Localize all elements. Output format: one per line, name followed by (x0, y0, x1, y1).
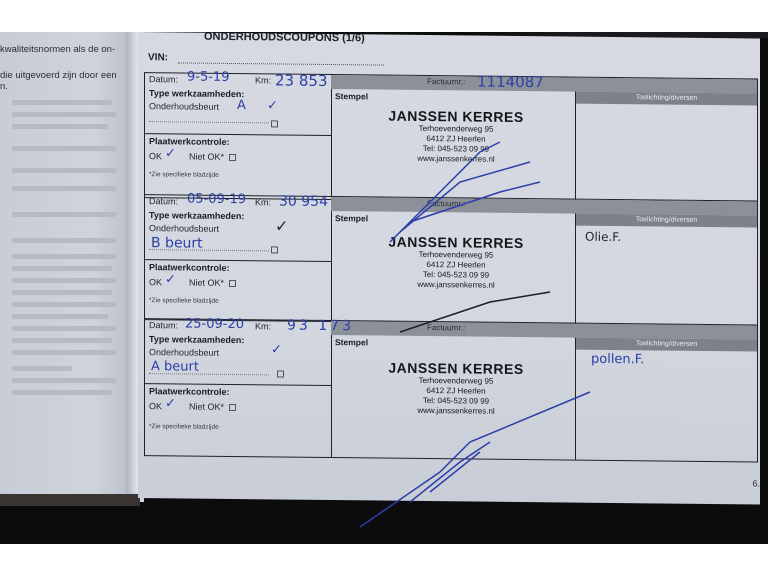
stempel-label: Stempel (335, 213, 368, 223)
faded-text (12, 278, 116, 283)
datum-value: 9-5-19 (187, 70, 229, 85)
plaatwerkcontrole-label: Plaatwerkcontrole: (149, 262, 230, 273)
check-icon: ✓ (165, 146, 176, 161)
checkbox-icon[interactable] (229, 280, 236, 287)
datum-label: Datum: (149, 74, 178, 84)
faded-text (12, 314, 108, 319)
ok-label: OK (149, 151, 162, 161)
faded-text (12, 290, 112, 295)
vin-label: VIN: (148, 52, 168, 63)
dealer-stamp: JANSSEN KERRES Terhoevenderweg 95 6412 Z… (371, 359, 541, 417)
km-value: 30 954 (279, 193, 328, 210)
niet-ok-label: Niet OK* (189, 152, 224, 162)
extra-line (149, 121, 269, 123)
faded-text (12, 124, 108, 129)
stamp-web: www.janssenkerres.nl (371, 279, 541, 291)
vin-field (178, 62, 384, 65)
toelichting-field (575, 104, 757, 204)
check-icon: ✓ (165, 396, 176, 411)
check-icon: ✓ (271, 342, 282, 357)
stamp-web: www.janssenkerres.nl (371, 405, 541, 417)
km-label: Km: (255, 197, 271, 207)
stamp-brand: JANSSEN KERRES (371, 107, 541, 125)
left-page-line: kwaliteitsnormen als de on- (0, 44, 115, 55)
stamp-web: www.janssenkerres.nl (371, 153, 541, 165)
checkbox-icon[interactable] (271, 120, 278, 127)
faded-text (12, 100, 112, 105)
ok-label: OK (149, 401, 162, 411)
service-coupon-3: Datum: 25-09-20 Km: 93 173 Factuurnr.: T… (144, 318, 758, 462)
stempel-label: Stempel (335, 337, 368, 347)
left-page-line: n. (0, 81, 8, 92)
service-coupon-1: Datum: 9-5-19 Km: 23 853 Factuurnr.: 111… (144, 72, 758, 204)
faded-text (12, 350, 116, 355)
faded-text (12, 168, 116, 173)
coupon-page: ONDERHOUDSCOUPONS (1/6) VIN: Datum: 9-5-… (138, 32, 760, 505)
plaatwerkcontrole-label: Plaatwerkcontrole: (149, 136, 230, 147)
toelichting-field: pollen.F. (575, 350, 757, 462)
stamp-brand: JANSSEN KERRES (371, 359, 541, 377)
checkbox-icon[interactable] (229, 404, 236, 411)
faded-text (12, 326, 116, 331)
factuurnr-value: 1114087 (477, 73, 544, 92)
datum-label: Datum: (149, 320, 178, 330)
booklet-photo: kwaliteitsnormen als de on- die uitgevoe… (0, 32, 768, 544)
onderhoudsbeurt-label: Onderhoudsbeurt (149, 101, 219, 112)
niet-ok-label: Niet OK* (189, 278, 224, 288)
check-icon: ✓ (165, 272, 176, 287)
dealer-stamp: JANSSEN KERRES Terhoevenderweg 95 6412 Z… (371, 107, 541, 165)
km-label: Km: (255, 75, 271, 85)
checkbox-icon[interactable] (277, 370, 284, 377)
toelichting-field: Olie.F. (575, 226, 757, 326)
faded-text (12, 112, 116, 117)
toelichting-value: pollen.F. (591, 352, 644, 368)
stempel-label: Stempel (335, 91, 368, 101)
faded-text (12, 338, 112, 343)
factuurnr-label: Factuurnr.: (427, 323, 465, 332)
zie-note: *Zie specifieke bladzijde (149, 297, 219, 305)
faded-text (12, 146, 116, 151)
niet-ok-label: Niet OK* (189, 402, 224, 412)
extra-line (149, 373, 269, 375)
stamp-brand: JANSSEN KERRES (371, 233, 541, 251)
service-coupon-2: Datum: 05-09-19 Km: 30 954 Factuurnr.: T… (144, 194, 758, 326)
zie-note: *Zie specifieke bladzijde (149, 171, 219, 179)
type-werkzaamheden-label: Type werkzaamheden: (149, 334, 244, 345)
datum-value: 05-09-19 (187, 192, 246, 208)
km-value: 23 853 (275, 71, 328, 90)
km-label: Km: (255, 321, 271, 331)
ok-label: OK (149, 277, 162, 287)
faded-text (12, 302, 116, 307)
page-title: ONDERHOUDSCOUPONS (1/6) (204, 32, 365, 44)
check-icon: ✓ (275, 216, 288, 235)
faded-text (12, 238, 116, 243)
type-werkzaamheden-label: Type werkzaamheden: (149, 88, 244, 99)
page-number: 6. (752, 478, 760, 488)
km-value: 93 173 (287, 318, 354, 335)
dealer-stamp: JANSSEN KERRES Terhoevenderweg 95 6412 Z… (371, 233, 541, 291)
faded-text (12, 378, 116, 383)
faded-text (12, 254, 116, 259)
faded-text (12, 390, 112, 395)
zie-note: *Zie specifieke bladzijde (149, 423, 219, 431)
type-werkzaamheden-label: Type werkzaamheden: (149, 210, 244, 221)
check-icon: ✓ (267, 98, 278, 113)
onderhoudsbeurt-label: Onderhoudsbeurt (149, 223, 219, 234)
left-page: kwaliteitsnormen als de on- die uitgevoe… (0, 32, 134, 502)
onderhoudsbeurt-note: A (237, 98, 246, 113)
plaatwerkcontrole-label: Plaatwerkcontrole: (149, 386, 230, 397)
faded-text (12, 186, 116, 191)
factuurnr-label: Factuurnr.: (427, 199, 465, 208)
toelichting-value: Olie.F. (585, 230, 621, 244)
book-edge (0, 494, 140, 506)
faded-text (12, 212, 116, 217)
faded-text (12, 366, 72, 371)
onderhoudsbeurt-label: Onderhoudsbeurt (149, 347, 219, 358)
checkbox-icon[interactable] (229, 154, 236, 161)
checkbox-icon[interactable] (271, 246, 278, 253)
left-page-line: die uitgevoerd zijn door een (0, 70, 117, 81)
factuurnr-label: Factuurnr.: (427, 77, 465, 86)
datum-value: 25-09-20 (185, 316, 244, 332)
datum-label: Datum: (149, 196, 178, 206)
faded-text (12, 266, 112, 271)
